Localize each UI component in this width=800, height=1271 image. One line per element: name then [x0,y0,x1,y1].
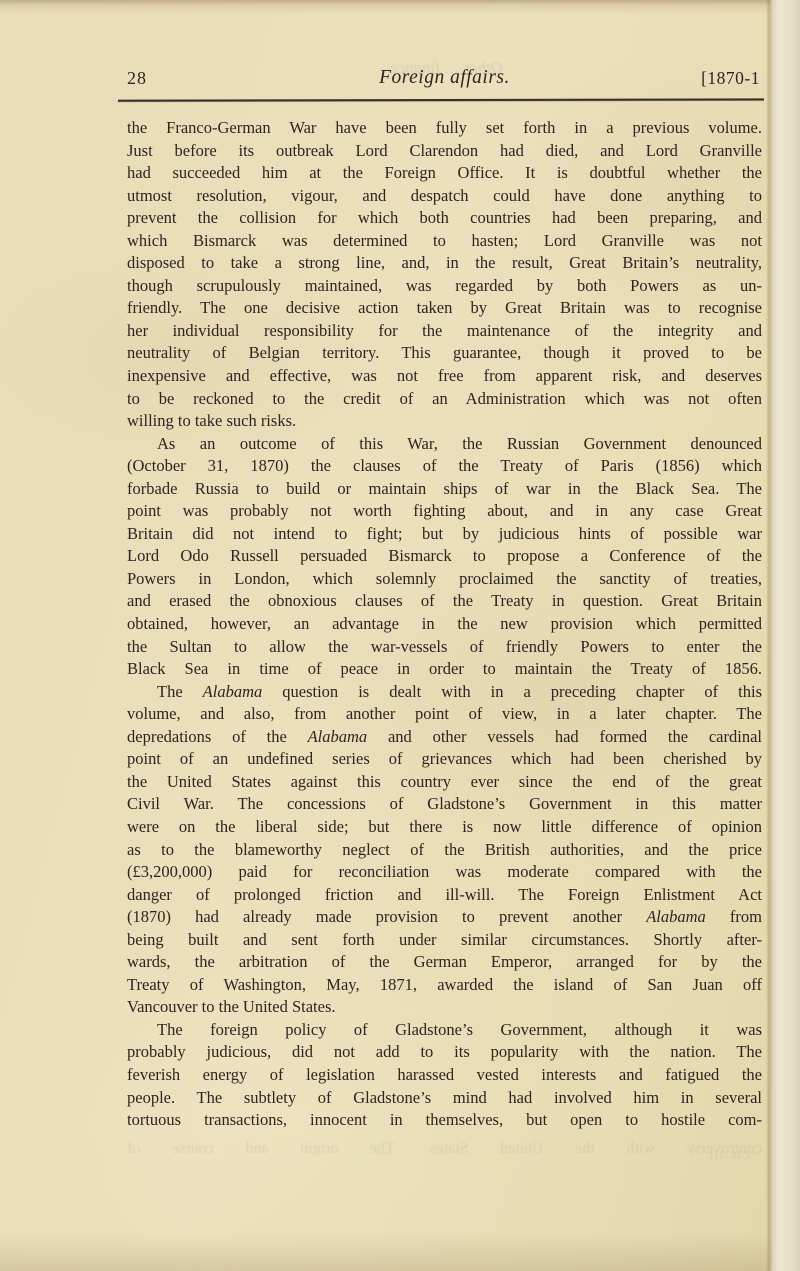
running-title: Foreign affairs. [127,67,762,89]
body-line: Civil War. The concessions of Gladstone’… [127,793,762,816]
body-line: the Sultan to allow the war-vessels of f… [127,636,762,659]
showthrough-signature-mark: CH. III. [660,1148,750,1163]
body-line: feverish energy of legislation harassed … [127,1064,762,1087]
body-line: (October 31, 1870) the clauses of the Tr… [127,455,762,478]
body-line: The foreign policy of Gladstone’s Govern… [127,1019,762,1042]
body-line: Britain did not intend to fight; but by … [127,523,762,546]
body-line: neutrality of Belgian territory. This gu… [127,342,762,365]
body-line: The Alabama question is dealt with in a … [127,681,762,704]
body-line: prevent the collision for which both cou… [127,207,762,230]
body-line: forbade Russia to build or maintain ship… [127,478,762,501]
body-line: Black Sea in time of peace in order to m… [127,658,762,681]
body-line: (£3,200,000) paid for reconciliation was… [127,861,762,884]
body-line: Just before its outbreak Lord Clarendon … [127,140,762,163]
body-line: volume, and also, from another point of … [127,703,762,726]
body-line: Powers in London, which solemnly proclai… [127,568,762,591]
body-line: tortuous transactions, innocent in thems… [127,1109,762,1132]
body-line: the Franco-German War have been fully se… [127,117,762,140]
body-line: being built and sent forth under similar… [127,929,762,952]
body-line: willing to take such risks. [127,410,762,433]
body-line: her individual responsibility for the ma… [127,320,762,343]
body-line: friendly. The one decisive action taken … [127,297,762,320]
book-page: Other … finance. 28 Foreign affairs. [18… [0,0,800,1271]
body-line: were on the liberal side; but there is n… [127,816,762,839]
body-line: Lord Odo Russell persuaded Bismarck to p… [127,545,762,568]
body-line: to be reckoned to the credit of an Admin… [127,388,762,411]
body-line: point of an undefined series of grievanc… [127,748,762,771]
body-line: the United States against this country e… [127,771,762,794]
body-line: utmost resolution, vigour, and despatch … [127,185,762,208]
body-line: (1870) had already made provision to pre… [127,906,762,929]
body-line: as to the blameworthy neglect of the Bri… [127,839,762,862]
text-block: the Franco-German War have been fully se… [127,117,762,1132]
showthrough-footer-text: controversy with the United States. The … [127,1140,762,1158]
page-header: 28 Foreign affairs. [1870-1 [127,63,762,89]
body-line: and erased the obnoxious clauses of the … [127,590,762,613]
body-line: As an outcome of this War, the Russian G… [127,433,762,456]
body-line: obtained, however, an advantage in the n… [127,613,762,636]
body-line: Vancouver to the United States. [127,996,762,1019]
header-rule [118,98,764,101]
body-line: though scrupulously maintained, was rega… [127,275,762,298]
page-edge [766,0,800,1271]
body-line: Treaty of Washington, May, 1871, awarded… [127,974,762,997]
body-line: probably judicious, did not add to its p… [127,1041,762,1064]
body-line: disposed to take a strong line, and, in … [127,252,762,275]
date-range-marker: [1870-1 [701,68,760,89]
body-line: point was probably not worth fighting ab… [127,500,762,523]
body-line: depredations of the Alabama and other ve… [127,726,762,749]
body-line: people. The subtlety of Gladstone’s mind… [127,1087,762,1110]
body-line: which Bismarck was determined to hasten;… [127,230,762,253]
body-line: inexpensive and effective, was not free … [127,365,762,388]
body-line: wards, the arbitration of the German Emp… [127,951,762,974]
body-line: had succeeded him at the Foreign Office.… [127,162,762,185]
body-line: danger of prolonged friction and ill-wil… [127,884,762,907]
